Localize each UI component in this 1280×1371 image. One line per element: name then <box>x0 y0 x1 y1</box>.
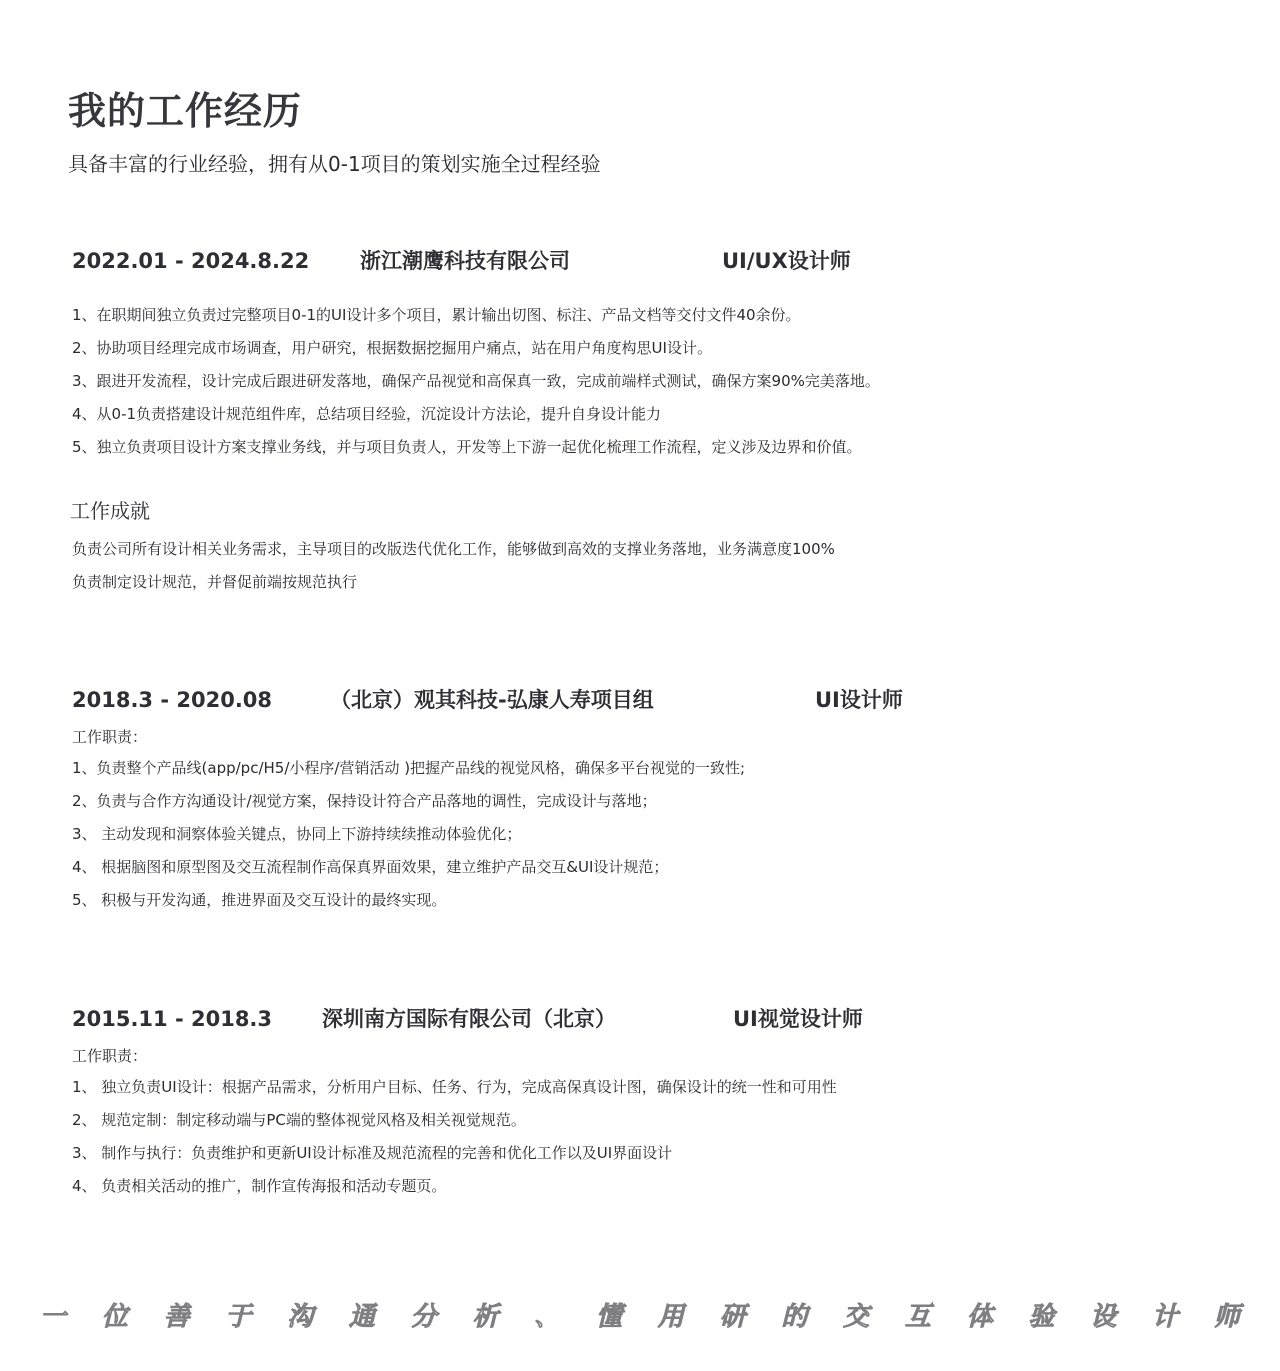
slogan-char: 于 <box>225 1296 251 1336</box>
list-item: 5、 积极与开发沟通，推进界面及交互设计的最终实现。 <box>72 884 745 917</box>
slogan-char: 计 <box>1152 1296 1178 1336</box>
job-company: 浙江潮鹰科技有限公司 <box>360 246 570 276</box>
slogan-char: 位 <box>102 1296 128 1336</box>
list-item: 1、负责整个产品线(app/pc/H5/小程序/营销活动 )把握产品线的视觉风格… <box>72 752 745 785</box>
job-company: 深圳南方国际有限公司（北京） <box>322 1004 616 1034</box>
list-item: 2、协助项目经理完成市场调查，用户研究，根据数据挖掘用户痛点，站在用户角度构思U… <box>72 332 880 365</box>
slogan-char: 研 <box>720 1296 746 1336</box>
job-role: UI/UX设计师 <box>722 246 851 276</box>
slogan-char: 一 <box>40 1296 66 1336</box>
slogan-char: 分 <box>411 1296 437 1336</box>
job-period: 2022.01 - 2024.8.22 <box>72 246 309 276</box>
job-role: UI视觉设计师 <box>733 1004 863 1034</box>
slogan-char: 、 <box>534 1296 560 1336</box>
slogan-char: 用 <box>658 1296 684 1336</box>
list-item: 2、负责与合作方沟通设计/视觉方案，保持设计符合产品落地的调性，完成设计与落地； <box>72 785 745 818</box>
list-item: 4、从0-1负责搭建设计规范组件库，总结项目经验，沉淀设计方法论，提升自身设计能… <box>72 398 880 431</box>
slogan-char: 懂 <box>596 1296 622 1336</box>
duties-label: 工作职责： <box>72 726 147 747</box>
list-item: 1、 独立负责UI设计：根据产品需求，分析用户目标、任务、行为，完成高保真设计图… <box>72 1071 837 1104</box>
slogan-char: 互 <box>905 1296 931 1336</box>
slogan-char: 设 <box>1090 1296 1116 1336</box>
list-item: 2、 规范定制：制定移动端与PC端的整体视觉风格及相关视觉规范。 <box>72 1104 837 1137</box>
slogan-char: 交 <box>843 1296 869 1336</box>
list-item: 5、独立负责项目设计方案支撑业务线，并与项目负责人，开发等上下游一起优化梳理工作… <box>72 431 880 464</box>
list-item: 3、跟进开发流程，设计完成后跟进研发落地，确保产品视觉和高保真一致，完成前端样式… <box>72 365 880 398</box>
slogan-char: 善 <box>164 1296 190 1336</box>
page-title: 我的工作经历 <box>68 80 302 135</box>
list-item: 3、 制作与执行：负责维护和更新UI设计标准及规范流程的完善和优化工作以及UI界… <box>72 1137 837 1170</box>
job-period: 2015.11 - 2018.3 <box>72 1004 272 1034</box>
slogan-char: 析 <box>472 1296 498 1336</box>
achievements-heading: 工作成就 <box>70 495 150 524</box>
page-subtitle: 具备丰富的行业经验，拥有从0-1项目的策划实施全过程经验 <box>68 148 601 177</box>
slogan-char: 的 <box>781 1296 807 1336</box>
job-duties-list: 1、负责整个产品线(app/pc/H5/小程序/营销活动 )把握产品线的视觉风格… <box>72 752 745 917</box>
duties-label: 工作职责： <box>72 1045 147 1066</box>
job-duties-list: 1、在职期间独立负责过完整项目0-1的UI设计多个项目，累计输出切图、标注、产品… <box>72 299 880 464</box>
job-period: 2018.3 - 2020.08 <box>72 685 272 715</box>
list-item: 负责制定设计规范，并督促前端按规范执行 <box>72 566 835 599</box>
slogan-banner: 一 位 善 于 沟 通 分 析 、 懂 用 研 的 交 互 体 验 设 计 师 <box>0 1296 1280 1336</box>
list-item: 3、 主动发现和洞察体验关键点，协同上下游持续续推动体验优化； <box>72 818 745 851</box>
slogan-char: 验 <box>1029 1296 1055 1336</box>
list-item: 4、 负责相关活动的推广，制作宣传海报和活动专题页。 <box>72 1170 837 1203</box>
job-header: 2018.3 - 2020.08 （北京）观其科技-弘康人寿项目组 UI设计师 <box>72 685 972 715</box>
job-header: 2022.01 - 2024.8.22 浙江潮鹰科技有限公司 UI/UX设计师 <box>72 246 972 276</box>
job-header: 2015.11 - 2018.3 深圳南方国际有限公司（北京） UI视觉设计师 <box>72 1004 972 1034</box>
achievements-list: 负责公司所有设计相关业务需求，主导项目的改版迭代优化工作，能够做到高效的支撑业务… <box>72 533 835 599</box>
job-company: （北京）观其科技-弘康人寿项目组 <box>330 685 654 715</box>
list-item: 4、 根据脑图和原型图及交互流程制作高保真界面效果，建立维护产品交互&UI设计规… <box>72 851 745 884</box>
job-role: UI设计师 <box>815 685 903 715</box>
list-item: 1、在职期间独立负责过完整项目0-1的UI设计多个项目，累计输出切图、标注、产品… <box>72 299 880 332</box>
slogan-char: 师 <box>1214 1296 1240 1336</box>
job-duties-list: 1、 独立负责UI设计：根据产品需求，分析用户目标、任务、行为，完成高保真设计图… <box>72 1071 837 1203</box>
slogan-char: 体 <box>967 1296 993 1336</box>
slogan-char: 沟 <box>287 1296 313 1336</box>
list-item: 负责公司所有设计相关业务需求，主导项目的改版迭代优化工作，能够做到高效的支撑业务… <box>72 533 835 566</box>
slogan-char: 通 <box>349 1296 375 1336</box>
